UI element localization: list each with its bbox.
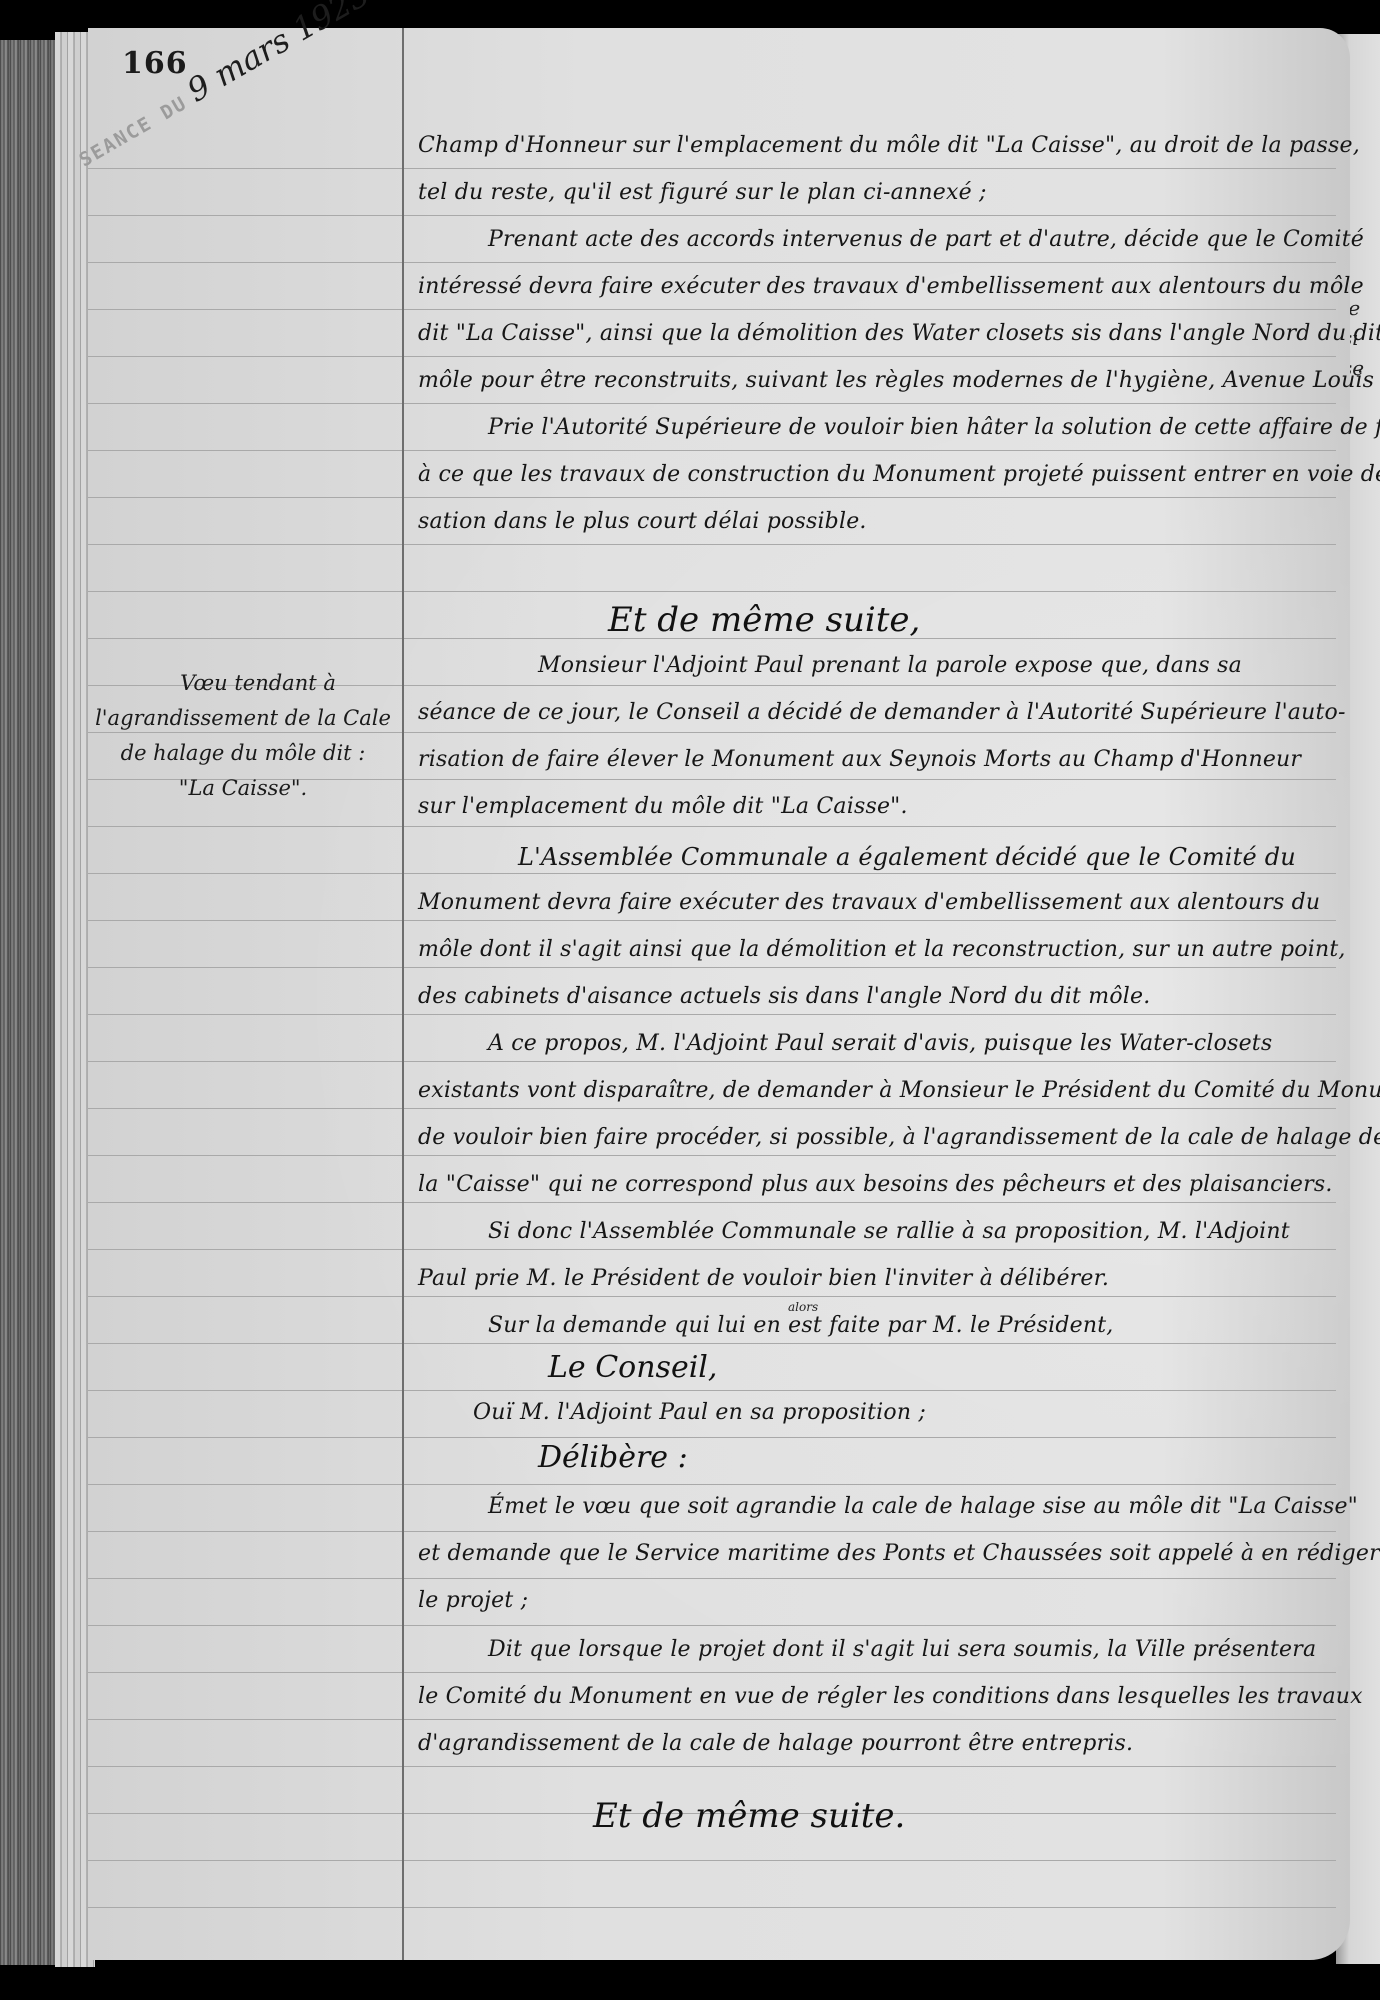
- text-line: la "Caisse" qui ne correspond plus aux b…: [418, 1172, 1330, 1197]
- text-line: à ce que les travaux de construction du …: [418, 462, 1330, 487]
- text-line: Dit que lorsque le projet dont il s'agit…: [418, 1637, 1330, 1662]
- text-line: sur l'emplacement du môle dit "La Caisse…: [418, 794, 1330, 819]
- text-line: d'agrandissement de la cale de halage po…: [418, 1731, 1330, 1756]
- session-date: 9 mars 1923: [181, 0, 376, 110]
- text-line: tel du reste, qu'il est figuré sur le pl…: [418, 180, 1330, 205]
- text-line: A ce propos, M. l'Adjoint Paul serait d'…: [418, 1031, 1330, 1056]
- page-number: 166: [122, 46, 188, 81]
- margin-note-line: "La Caisse".: [88, 771, 398, 806]
- text-line: et demande que le Service maritime des P…: [418, 1541, 1330, 1566]
- text-line: de vouloir bien faire procéder, si possi…: [418, 1125, 1330, 1150]
- text-line: Sur la demande qui lui en est faite par …: [418, 1313, 1330, 1338]
- text-line: séance de ce jour, le Conseil a décidé d…: [418, 700, 1330, 725]
- text-line: Si donc l'Assemblée Communale se rallie …: [418, 1219, 1330, 1244]
- register-page: 166 SEANCE DU9 mars 1923 Vœu tendant à l…: [88, 28, 1350, 1960]
- book-edge: [0, 40, 60, 1965]
- text-line: Prenant acte des accords intervenus de p…: [418, 227, 1330, 252]
- margin-note-line: Vœu tendant à: [88, 666, 398, 701]
- text-line: Prie l'Autorité Supérieure de vouloir bi…: [418, 415, 1330, 440]
- text-line: dit "La Caisse", ainsi que la démolition…: [418, 321, 1330, 346]
- text-line: môle dont il s'agit ainsi que la démolit…: [418, 937, 1330, 962]
- text-line: Ouï M. l'Adjoint Paul en sa proposition …: [418, 1400, 1330, 1425]
- margin-rule: [402, 28, 404, 1960]
- text-line: Champ d'Honneur sur l'emplacement du môl…: [418, 133, 1330, 158]
- text-line: Paul prie M. le Président de vouloir bie…: [418, 1266, 1330, 1291]
- text-line: existants vont disparaître, de demander …: [418, 1078, 1330, 1103]
- margin-note-line: de halage du môle dit :: [88, 736, 398, 771]
- margin-note-line: l'agrandissement de la Cale: [88, 701, 398, 736]
- text-line: Monsieur l'Adjoint Paul prenant la parol…: [418, 653, 1330, 678]
- section-heading: Et de même suite,: [608, 600, 920, 640]
- text-line: môle pour être reconstruits, suivant les…: [418, 368, 1330, 393]
- text-line: intéressé devra faire exécuter des trava…: [418, 274, 1330, 299]
- text-line: des cabinets d'aisance actuels sis dans …: [418, 984, 1330, 1009]
- insertion-above: alors: [788, 1300, 818, 1314]
- deliberation-heading: Délibère :: [538, 1440, 688, 1475]
- text-line: le projet ;: [418, 1588, 1330, 1613]
- text-line: L'Assemblée Communale a également décidé…: [418, 843, 1330, 871]
- text-line: le Comité du Monument en vue de régler l…: [418, 1684, 1330, 1709]
- text-line: Monument devra faire exécuter des travau…: [418, 890, 1330, 915]
- margin-note: Vœu tendant à l'agrandissement de la Cal…: [88, 666, 398, 806]
- text-line: Émet le vœu que soit agrandie la cale de…: [418, 1494, 1330, 1519]
- council-heading: Le Conseil,: [548, 1350, 717, 1385]
- text-line: risation de faire élever le Monument aux…: [418, 747, 1330, 772]
- stamp-label: SEANCE DU: [76, 92, 192, 172]
- session-stamp: SEANCE DU9 mars 1923: [69, 0, 376, 174]
- text-line: sation dans le plus court délai possible…: [418, 509, 1330, 534]
- section-heading: Et de même suite.: [593, 1796, 905, 1836]
